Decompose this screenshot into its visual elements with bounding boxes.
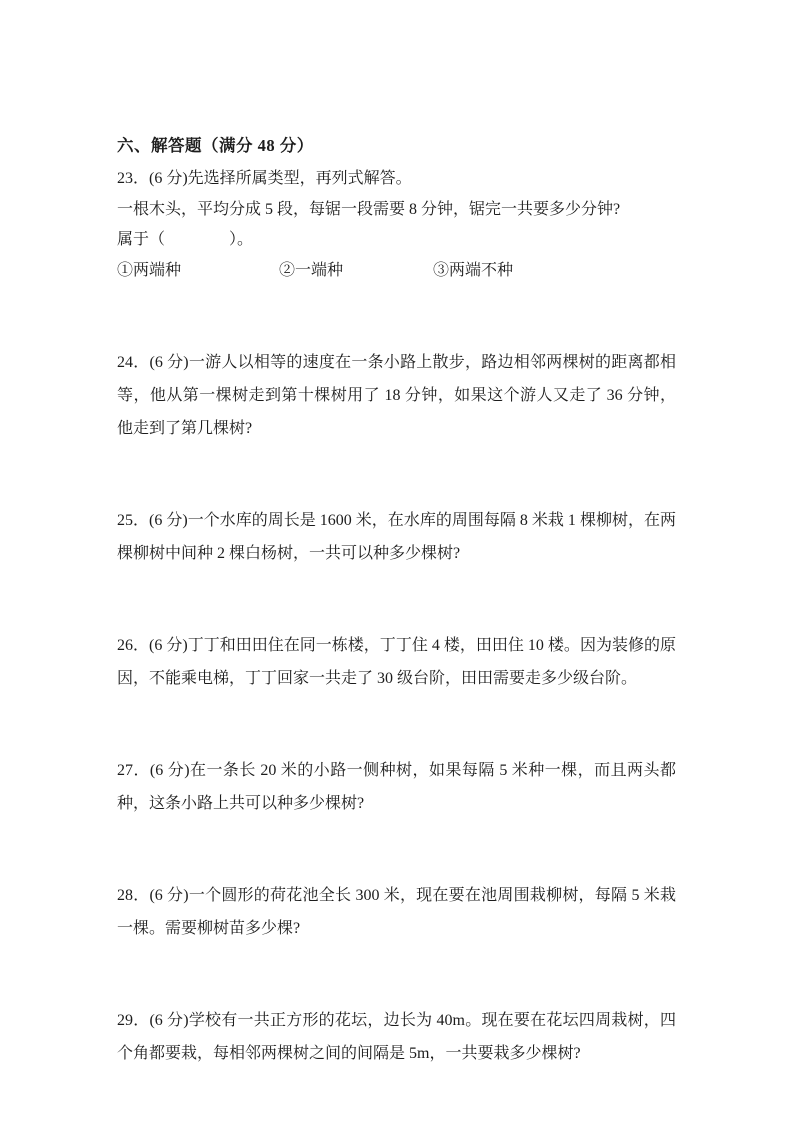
problem-23-body: 一根木头，平均分成 5 段，每锯一段需要 8 分钟，锯完一共要多少分钟? bbox=[117, 195, 676, 226]
problem-23: 23．(6 分)先选择所属类型，再列式解答。 一根木头，平均分成 5 段，每锯一… bbox=[117, 164, 676, 286]
problem-27: 27．(6 分)在一条长 20 米的小路一侧种树，如果每隔 5 米种一棵，而且两… bbox=[117, 754, 676, 820]
section-heading: 六、解答题（满分 48 分） bbox=[117, 130, 676, 161]
problem-25: 25．(6 分)一个水库的周长是 1600 米，在水库的周围每隔 8 米栽 1 … bbox=[117, 504, 676, 570]
problem-24: 24．(6 分)一游人以相等的速度在一条小路上散步，路边相邻两棵树的距离都相等，… bbox=[117, 346, 676, 445]
problem-28: 28．(6 分)一个圆形的荷花池全长 300 米，现在要在池周围栽柳树，每隔 5… bbox=[117, 879, 676, 945]
problem-23-answer-blank: 属于（ ）。 bbox=[117, 225, 676, 256]
problem-26: 26．(6 分)丁丁和田田住在同一栋楼，丁丁住 4 楼，田田住 10 楼。因为装… bbox=[117, 629, 676, 695]
problem-23-option-1: ①两端种 bbox=[117, 256, 275, 287]
problem-23-option-2: ②一端种 bbox=[279, 256, 429, 287]
problem-23-options: ①两端种 ②一端种 ③两端不种 bbox=[117, 256, 676, 287]
worksheet-page: 六、解答题（满分 48 分） 23．(6 分)先选择所属类型，再列式解答。 一根… bbox=[0, 0, 793, 1122]
problem-29: 29．(6 分)学校有一共正方形的花坛，边长为 40m。现在要在花坛四周栽树，四… bbox=[117, 1004, 676, 1070]
problem-23-option-3: ③两端不种 bbox=[433, 256, 513, 287]
problem-23-instruction: 23．(6 分)先选择所属类型，再列式解答。 bbox=[117, 164, 676, 195]
